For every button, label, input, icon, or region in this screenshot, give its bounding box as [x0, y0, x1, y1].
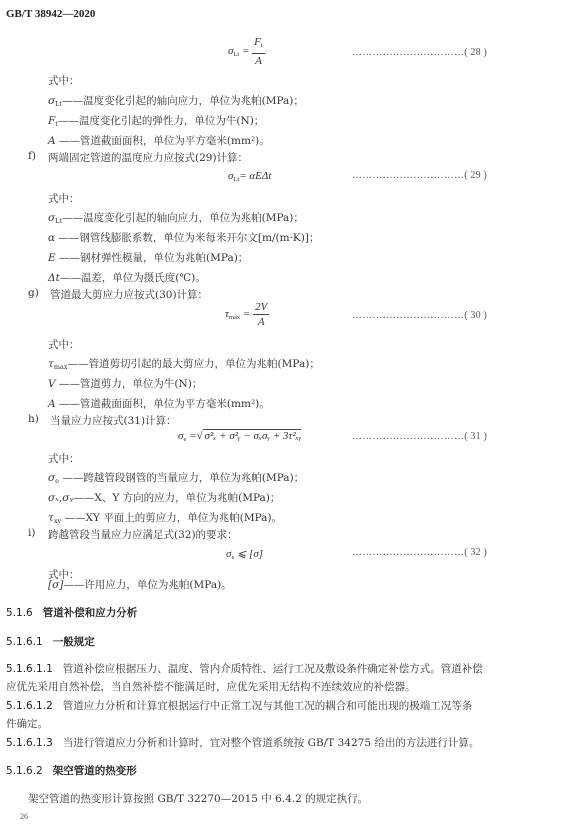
definition-a: A ——管道截面面积，单位为平方毫米(mm²)。 — [48, 133, 270, 148]
numerator-sub: t — [261, 42, 263, 49]
clause-text: 当进行管道应力分析和计算时，宜对整个管道系统按 GB/T 34275 给出的方法… — [63, 737, 480, 749]
symbol-sub: max — [54, 363, 68, 371]
item-g-text: 管道最大剪应力应按式(30)计算： — [50, 287, 208, 302]
symbol: A — [48, 135, 56, 147]
definition-text: ——钢管线膨胀系数，单位为米每米开尔文[m/(m·K)]； — [55, 232, 319, 244]
list-marker-f: f) — [28, 150, 36, 162]
clause-number: 5.1.6.1.2 — [6, 700, 53, 712]
definition-text: ——管道剪力，单位为牛(N)； — [56, 378, 203, 390]
clause-text-cont: 件确定。 — [6, 718, 48, 730]
clause-5-1-6-1-2: 5.1.6.1.2 管道应力分析和计算宜根据运行中正常工况与其他工况的耦合和可能… — [6, 697, 472, 733]
equation-number-32: ……………………………( 32 ) — [352, 547, 487, 558]
definition-text: ——管道截面面积，单位为平方毫米(mm²)。 — [56, 398, 270, 410]
equation-31: σe =√σ²ₓ + σ²ᵧ − σₓσᵧ + 3τ²ₓᵧ — [178, 430, 301, 443]
clause-5-1-6-1-3: 5.1.6.1.3 当进行管道应力分析和计算时，宜对整个管道系统按 GB/T 3… — [6, 734, 479, 752]
equation-number-31: ……………………………( 31 ) — [352, 431, 487, 442]
denominator: A — [253, 315, 269, 329]
definition-text: ——温度变化引起的轴向应力，单位为兆帕(MPa)； — [62, 212, 304, 224]
section-title: 一般规定 — [53, 636, 95, 648]
definition-text: ——管道截面面积，单位为平方毫米(mm²)。 — [56, 135, 270, 147]
section-title: 架空管道的热变形 — [53, 765, 137, 777]
item-i-text: 跨越管段当量应力应满足式(32)的要求： — [48, 527, 238, 542]
eq-lhs-sub: Lt — [233, 51, 239, 58]
standard-id-header: GB/T 38942—2020 — [6, 8, 95, 20]
fraction: 2V A — [253, 300, 269, 329]
eq-rhs: = αEΔt — [239, 170, 271, 182]
denominator: A — [252, 54, 265, 68]
definition-e: E ——钢材弹性模量，单位为兆帕(MPa)； — [48, 250, 248, 265]
clause-number: 5.1.6.1.1 — [6, 663, 53, 675]
definition-sigma-e: σe ——跨越管段钢管的当量应力，单位为兆帕(MPa)； — [48, 470, 304, 485]
list-marker-i: i) — [28, 527, 35, 539]
symbol: σₓ,σᵧ — [48, 492, 73, 504]
section-title: 管道补偿和应力分析 — [43, 607, 138, 619]
eq-lhs-sub: e — [183, 436, 186, 443]
definition-text: ——温差，单位为摄氏度(℃)。 — [60, 272, 206, 284]
equation-28: σLt = Ft A — [228, 35, 265, 68]
definition-text: ——钢材弹性模量，单位为兆帕(MPa)； — [56, 252, 249, 264]
page-number: 26 — [20, 812, 28, 821]
sqrt-radicand: σ²ₓ + σ²ᵧ − σₓσᵧ + 3τ²ₓᵧ — [203, 429, 302, 442]
where-label: 式中： — [48, 73, 80, 88]
definition-tau-max: τmax——管道剪切引起的最大剪应力，单位为兆帕(MPa)； — [48, 356, 320, 371]
definition-delta-t: Δt——温差，单位为摄氏度(℃)。 — [48, 270, 206, 285]
definition-text: ——跨越管段钢管的当量应力，单位为兆帕(MPa)； — [59, 472, 304, 484]
where-label: 式中： — [48, 191, 80, 206]
definition-tau-xy: τxy ——XY 平面上的剪应力，单位为兆帕(MPa)。 — [48, 510, 282, 525]
where-label: 式中： — [48, 451, 80, 466]
definition-text: ——XY 平面上的剪应力，单位为兆帕(MPa)。 — [61, 512, 282, 524]
item-h-text: 当量应力应按式(31)计算： — [50, 413, 177, 428]
eq-lhs-sub: e — [231, 554, 234, 561]
eq-lhs-sub: max — [229, 314, 240, 321]
symbol: [σ] — [48, 579, 63, 591]
definition-sigma-xy: σₓ,σᵧ——X、Y 方向的应力，单位为兆帕(MPa)； — [48, 490, 280, 505]
definition-v: V ——管道剪力，单位为牛(N)； — [48, 376, 202, 391]
definition-sigma-lt: σLt——温度变化引起的轴向应力，单位为兆帕(MPa)； — [48, 210, 304, 225]
equation-number-29: ……………………………( 29 ) — [352, 170, 487, 181]
list-marker-g: g) — [28, 287, 39, 299]
section-heading-5-1-6: 5.1.6 管道补偿和应力分析 — [6, 605, 137, 620]
section-heading-5-1-6-2: 5.1.6.2 架空管道的热变形 — [6, 763, 137, 778]
numerator: 2V — [253, 300, 269, 315]
clause-5-1-6-1-1: 5.1.6.1.1 管道补偿应根据压力、温度、管内介质特性、运行工况及敷设条件确… — [6, 660, 483, 696]
symbol: V — [48, 378, 56, 390]
section-number: 5.1.6.1 — [6, 636, 43, 648]
symbol: E — [48, 252, 56, 264]
eq-rhs: ⩽ [σ] — [237, 548, 263, 560]
symbol: A — [48, 398, 56, 410]
clause-text: 管道补偿应根据压力、温度、管内介质特性、运行工况及敷设条件确定补偿方式。管道补偿 — [63, 663, 483, 675]
equation-29: σLt= αEΔt — [228, 170, 271, 183]
definition-text: ——许用应力，单位为兆帕(MPa)。 — [63, 579, 231, 591]
section-number: 5.1.6.2 — [6, 765, 43, 777]
where-label: 式中： — [48, 337, 80, 352]
definition-alpha: α ——钢管线膨胀系数，单位为米每米开尔文[m/(m·K)]； — [48, 230, 319, 245]
list-marker-h: h) — [28, 413, 39, 425]
numerator: F — [254, 36, 261, 48]
definition-allowable-stress: [σ]——许用应力，单位为兆帕(MPa)。 — [48, 577, 232, 592]
section-heading-5-1-6-1: 5.1.6.1 一般规定 — [6, 634, 95, 649]
equation-number-30: ……………………………( 30 ) — [352, 310, 487, 321]
equation-number-28: ……………………………( 28 ) — [352, 47, 487, 58]
definition-a: A ——管道截面面积，单位为平方毫米(mm²)。 — [48, 396, 270, 411]
symbol: Δt — [48, 272, 60, 284]
definition-text: ——X、Y 方向的应力，单位为兆帕(MPa)； — [73, 492, 280, 504]
definition-text: ——温度变化引起的弹性力，单位为牛(N)； — [58, 115, 264, 127]
definition-sigma-lt: σLt——温度变化引起的轴向应力，单位为兆帕(MPa)； — [48, 93, 304, 108]
clause-number: 5.1.6.1.3 — [6, 737, 53, 749]
section-number: 5.1.6 — [6, 607, 33, 619]
final-paragraph: 架空管道的热变形计算按照 GB/T 32270—2015 中 6.4.2 的规定… — [28, 790, 368, 808]
item-f-text: 两端固定管道的温度应力应按式(29)计算： — [48, 150, 248, 165]
clause-text: 管道应力分析和计算宜根据运行中正常工况与其他工况的耦合和可能出现的极端工况等条 — [63, 700, 473, 712]
equation-32: σe ⩽ [σ] — [226, 547, 263, 561]
definition-ft: Ft——温度变化引起的弹性力，单位为牛(N)； — [48, 113, 264, 128]
definition-text: ——管道剪切引起的最大剪应力，单位为兆帕(MPa)； — [68, 358, 320, 370]
fraction: Ft A — [252, 35, 265, 68]
equation-30: τmax = 2V A — [225, 300, 269, 329]
definition-text: ——温度变化引起的轴向应力，单位为兆帕(MPa)； — [62, 95, 304, 107]
clause-text-cont: 应优先采用自然补偿，当自然补偿不能满足时，应优先采用无结构不连续效应的补偿器。 — [6, 681, 416, 693]
